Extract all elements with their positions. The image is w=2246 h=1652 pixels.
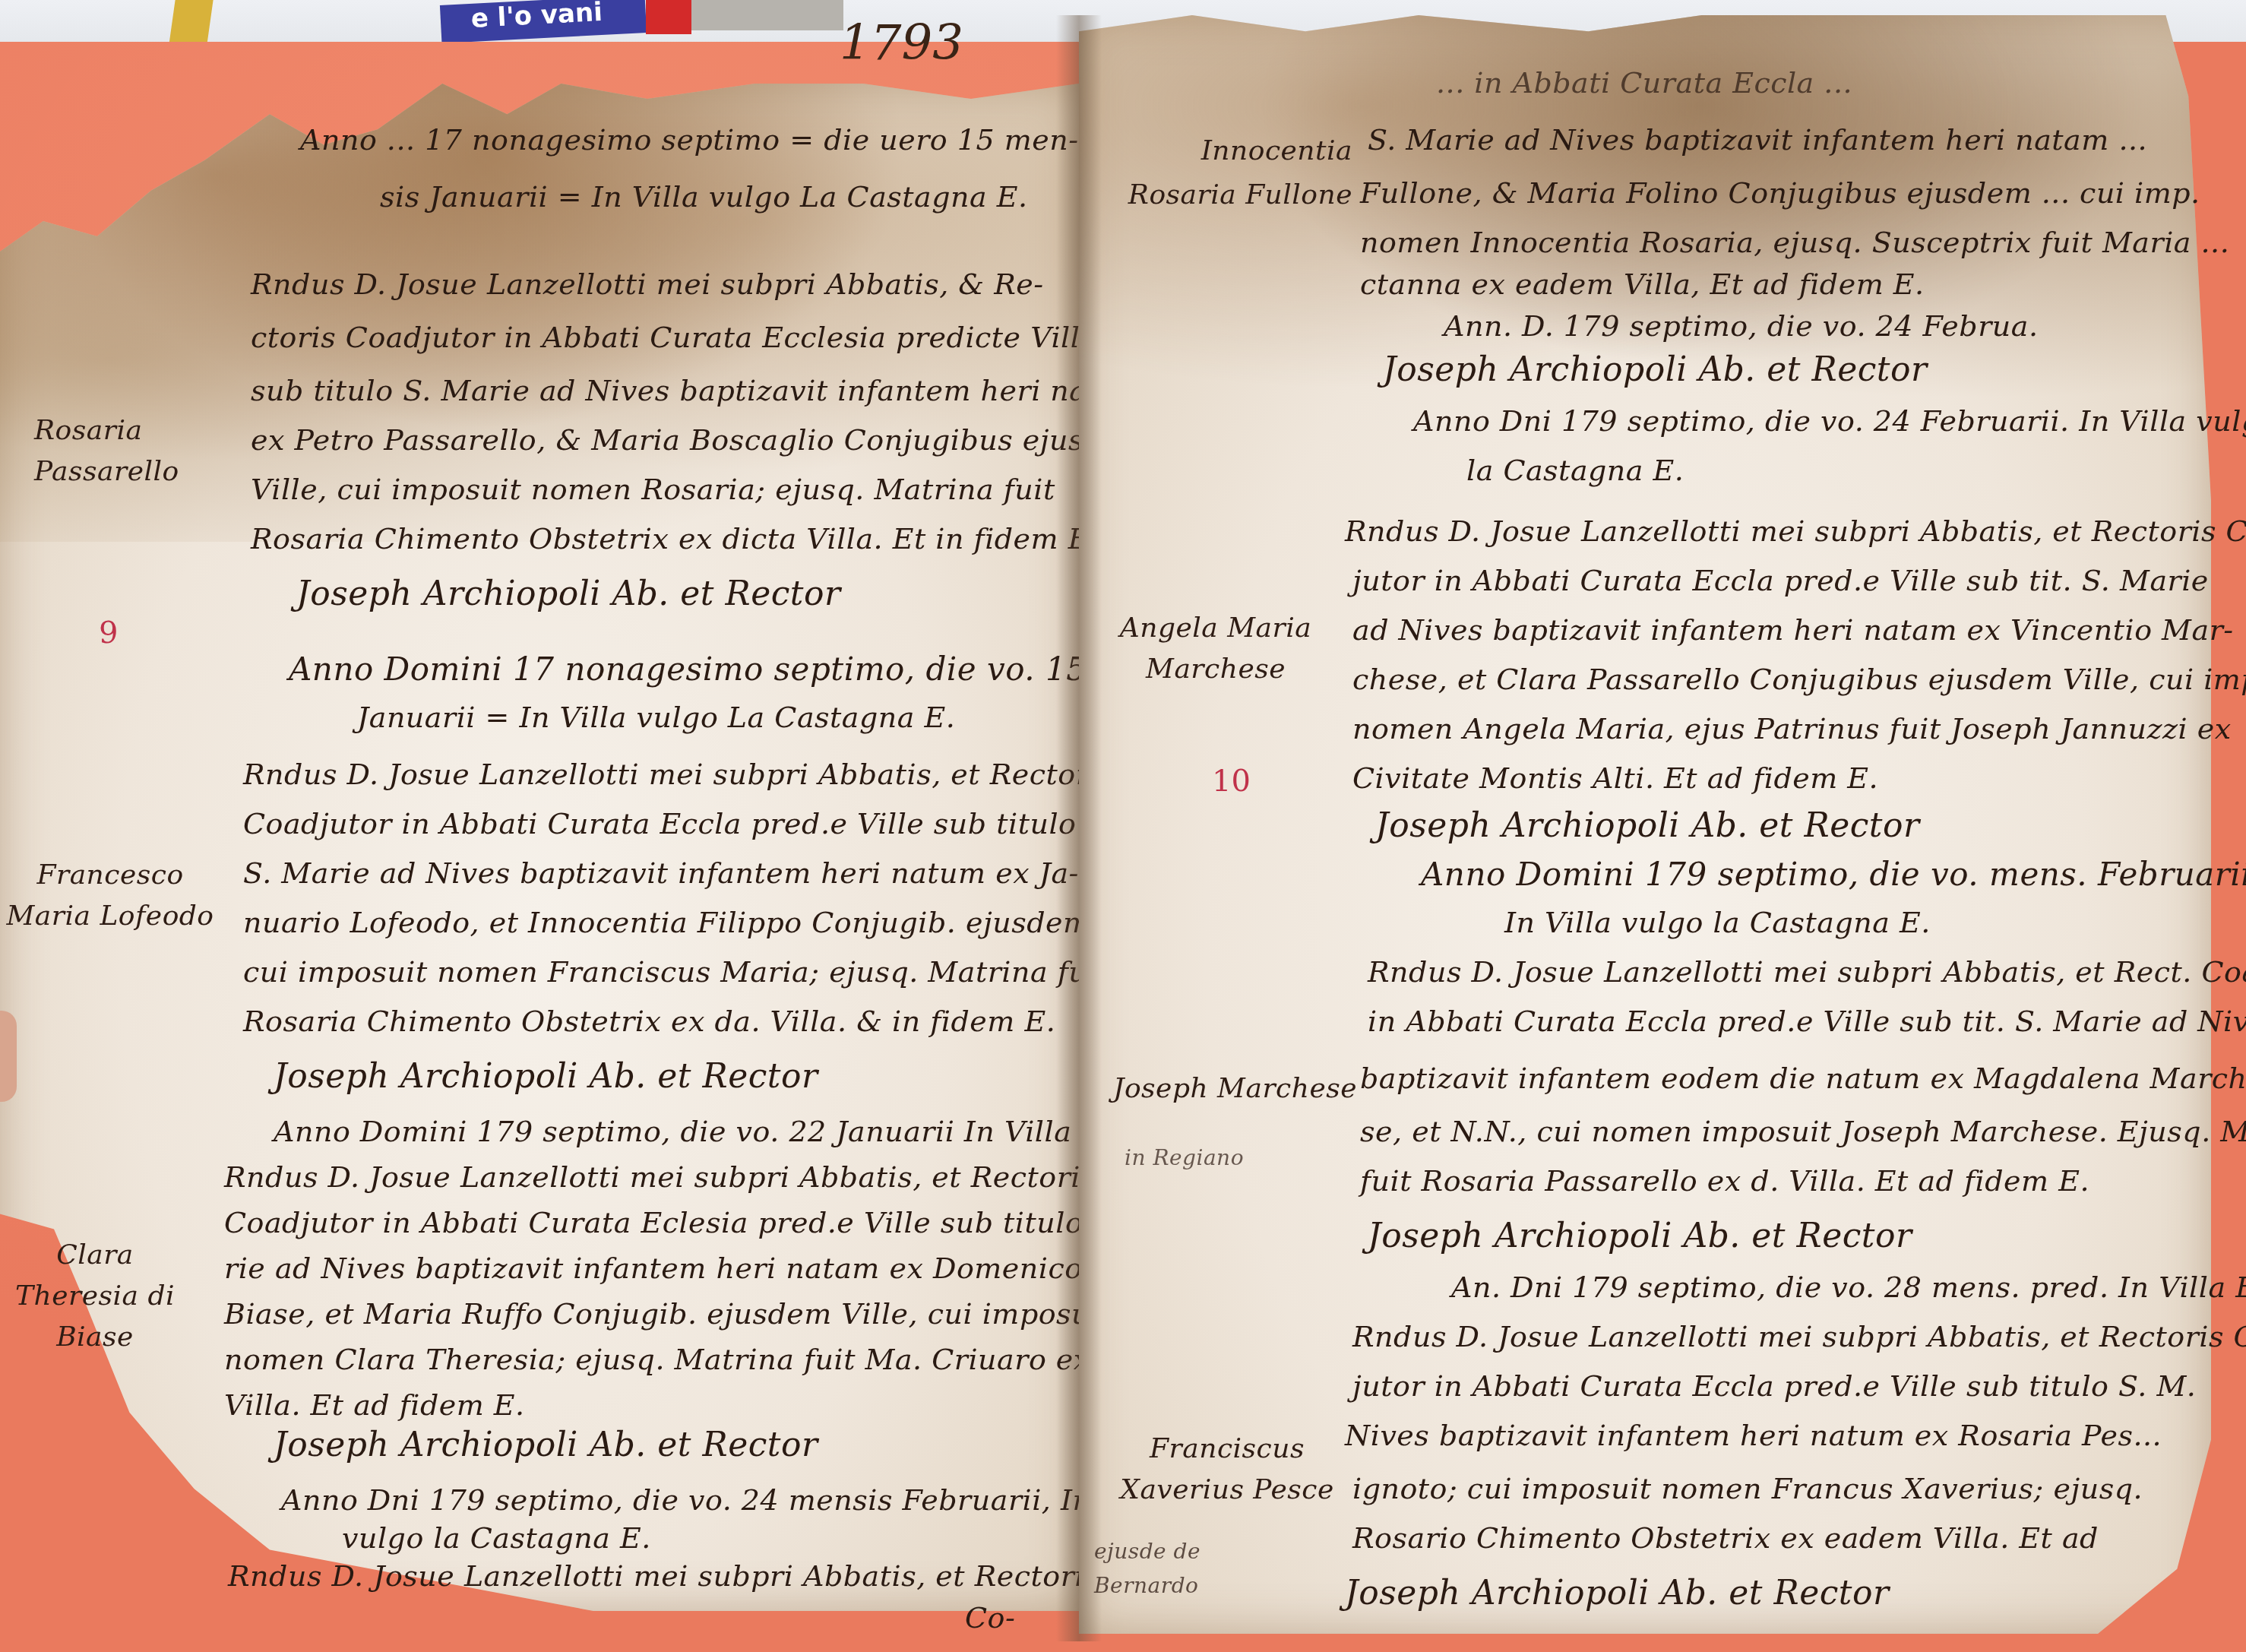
manuscript-line: Anno Domini 179 septimo, die vo. mens. F… — [1421, 859, 2246, 891]
manuscript-line: ctoris Coadjutor in Abbati Curata Eccles… — [251, 323, 1097, 352]
manuscript-line: Anno Dni 179 septimo, die vo. 24 Februar… — [1413, 407, 2246, 435]
manuscript-line: Rosaria Chimento Obstetrix ex da. Villa.… — [243, 1007, 1055, 1036]
margin-name: Angela Maria Marchese — [1117, 608, 1314, 690]
manuscript-line: Rndus D. Josue Lanzellotti mei subpri Ab… — [251, 270, 1044, 299]
manuscript-line: se, et N.N., cui nomen imposuit Joseph M… — [1360, 1117, 2246, 1146]
manuscript-line: Biase, et Maria Ruffo Conjugib. ejusdem … — [224, 1299, 1112, 1328]
manuscript-line: Co- — [965, 1603, 1015, 1632]
margin-name: Francesco Maria Lofeodo — [4, 855, 217, 937]
manuscript-line: ignoto; cui imposuit nomen Francus Xaver… — [1352, 1474, 2143, 1503]
manuscript-line: ex Petro Passarello, & Maria Boscaglio C… — [251, 426, 1147, 454]
manuscript-line: ... in Abbati Curata Eccla ... — [1436, 68, 1852, 97]
thumb — [0, 1011, 17, 1102]
manuscript-line: jutor in Abbati Curata Eccla pred.e Vill… — [1352, 566, 2209, 595]
margin-name: Rosaria Passarello — [34, 410, 209, 492]
manuscript-line: chese, et Clara Passarello Conjugibus ej… — [1352, 665, 2246, 694]
manuscript-line: sub titulo S. Marie ad Nives baptizavit … — [251, 376, 1144, 405]
manuscript-line: nuario Lofeodo, et Innocentia Filippo Co… — [243, 908, 1178, 937]
manuscript-line: Civitate Montis Alti. Et ad fidem E. — [1352, 764, 1878, 793]
manuscript-line: Coadjutor in Abbati Curata Eclesia pred.… — [224, 1208, 1188, 1237]
manuscript-line: nomen Innocentia Rosaria, ejusq. Suscept… — [1360, 228, 2229, 257]
manuscript-line: Rndus D. Josue Lanzellotti mei subpri Ab… — [1345, 517, 2246, 546]
margin-name: Joseph Marchese — [1113, 1075, 1357, 1103]
manuscript-line: la Castagna E. — [1466, 456, 1684, 485]
manuscript-line: Anno Dni 179 septimo, die vo. 24 mensis … — [281, 1486, 1168, 1514]
manuscript-line: Rndus D. Josue Lanzellotti mei subpri Ab… — [243, 760, 1115, 789]
folio-number: 10 — [1212, 764, 1251, 799]
manuscript-line: Rndus D. Josue Lanzellotti mei subpri Ab… — [224, 1163, 1096, 1192]
manuscript-line: An. Dni 179 septimo, die vo. 28 mens. pr… — [1451, 1273, 2246, 1302]
margin-name: Clara Theresia di Biase — [4, 1235, 186, 1358]
manuscript-line: jutor in Abbati Curata Eccla pred.e Vill… — [1352, 1372, 2196, 1400]
manuscript-line: Coadjutor in Abbati Curata Eccla pred.e … — [243, 809, 1076, 838]
left-page — [0, 84, 1079, 1611]
margin-name: ejusde de Bernardo — [1094, 1535, 1261, 1603]
manuscript-line: fuit Rosaria Passarello ex d. Villa. Et … — [1360, 1166, 2089, 1195]
signature-line: Joseph Archiopoli Ab. et Rector — [296, 578, 841, 611]
manuscript-line: Ann. D. 179 septimo, die vo. 24 Februa. — [1444, 312, 2039, 340]
manuscript-line: Januarii = In Villa vulgo La Castagna E. — [357, 703, 955, 732]
manuscript-line: ad Nives baptizavit infantem heri natam … — [1352, 616, 2234, 644]
manuscript-line: nomen Clara Theresia; ejusq. Matrina fui… — [224, 1345, 1146, 1374]
manuscript-line: In Villa vulgo la Castagna E. — [1504, 908, 1931, 937]
manuscript-line: Rosario Chimento Obstetrix ex eadem Vill… — [1352, 1524, 2099, 1552]
manuscript-line: ctanna ex eadem Villa, Et ad fidem E. — [1360, 270, 1925, 299]
manuscript-line: baptizavit infantem eodem die natum ex M… — [1360, 1064, 2246, 1093]
book-gutter — [1056, 15, 1102, 1641]
manuscript-line: rie ad Nives baptizavit infantem heri na… — [224, 1254, 1121, 1283]
manuscript-line: Nives baptizavit infantem heri natum ex … — [1345, 1421, 2162, 1450]
page-number: 1793 — [840, 15, 963, 71]
manuscript-line: Rndus D. Josue Lanzellotti mei subpri Ab… — [1352, 1322, 2246, 1351]
margin-name: in Regiano — [1125, 1147, 1244, 1169]
signature-line: Joseph Archiopoli Ab. et Rector — [274, 1429, 818, 1462]
open-register-book: 1793 Anno ... 17 nonagesimo septimo = di… — [0, 0, 2246, 1652]
margin-name: Innocentia Rosaria Fullone — [1094, 129, 1352, 217]
signature-line: Joseph Archiopoli Ab. et Rector — [274, 1060, 818, 1093]
manuscript-line: Rosaria Chimento Obstetrix ex dicta Vill… — [251, 524, 1099, 553]
manuscript-line: sis Januarii = In Villa vulgo La Castagn… — [380, 182, 1028, 211]
manuscript-line: Rndus D. Josue Lanzellotti mei subpri Ab… — [228, 1562, 1099, 1590]
folio-number: 9 — [99, 616, 118, 650]
signature-line: Joseph Archiopoli Ab. et Rector — [1375, 809, 1920, 843]
manuscript-line: Fullone, & Maria Folino Conjugibus ejusd… — [1360, 179, 2200, 207]
margin-name: Franciscus Xaverius Pesce — [1106, 1429, 1349, 1511]
manuscript-line: vulgo la Castagna E. — [342, 1524, 651, 1552]
manuscript-line: nomen Angela Maria, ejus Patrinus fuit J… — [1352, 714, 2232, 743]
manuscript-line: Rndus D. Josue Lanzellotti mei subpri Ab… — [1368, 957, 2246, 986]
manuscript-line: Anno ... 17 nonagesimo septimo = die uer… — [300, 125, 1079, 154]
manuscript-line: Ville, cui imposuit nomen Rosaria; ejusq… — [251, 475, 1055, 504]
manuscript-line: Villa. Et ad fidem E. — [224, 1391, 525, 1419]
signature-line: Joseph Archiopoli Ab. et Rector — [1368, 1220, 1912, 1253]
signature-line: Joseph Archiopoli Ab. et Rector — [1345, 1577, 1890, 1610]
manuscript-line: S. Marie ad Nives baptizavit infantem he… — [1368, 125, 2147, 154]
manuscript-line: S. Marie ad Nives baptizavit infantem he… — [243, 859, 1079, 888]
signature-line: Joseph Archiopoli Ab. et Rector — [1383, 353, 1928, 387]
manuscript-line: Anno Domini 179 septimo, die vo. 22 Janu… — [274, 1117, 1112, 1146]
manuscript-line: cui imposuit nomen Franciscus Maria; eju… — [243, 957, 1109, 986]
manuscript-line: in Abbati Curata Eccla pred.e Ville sub … — [1368, 1007, 2246, 1036]
